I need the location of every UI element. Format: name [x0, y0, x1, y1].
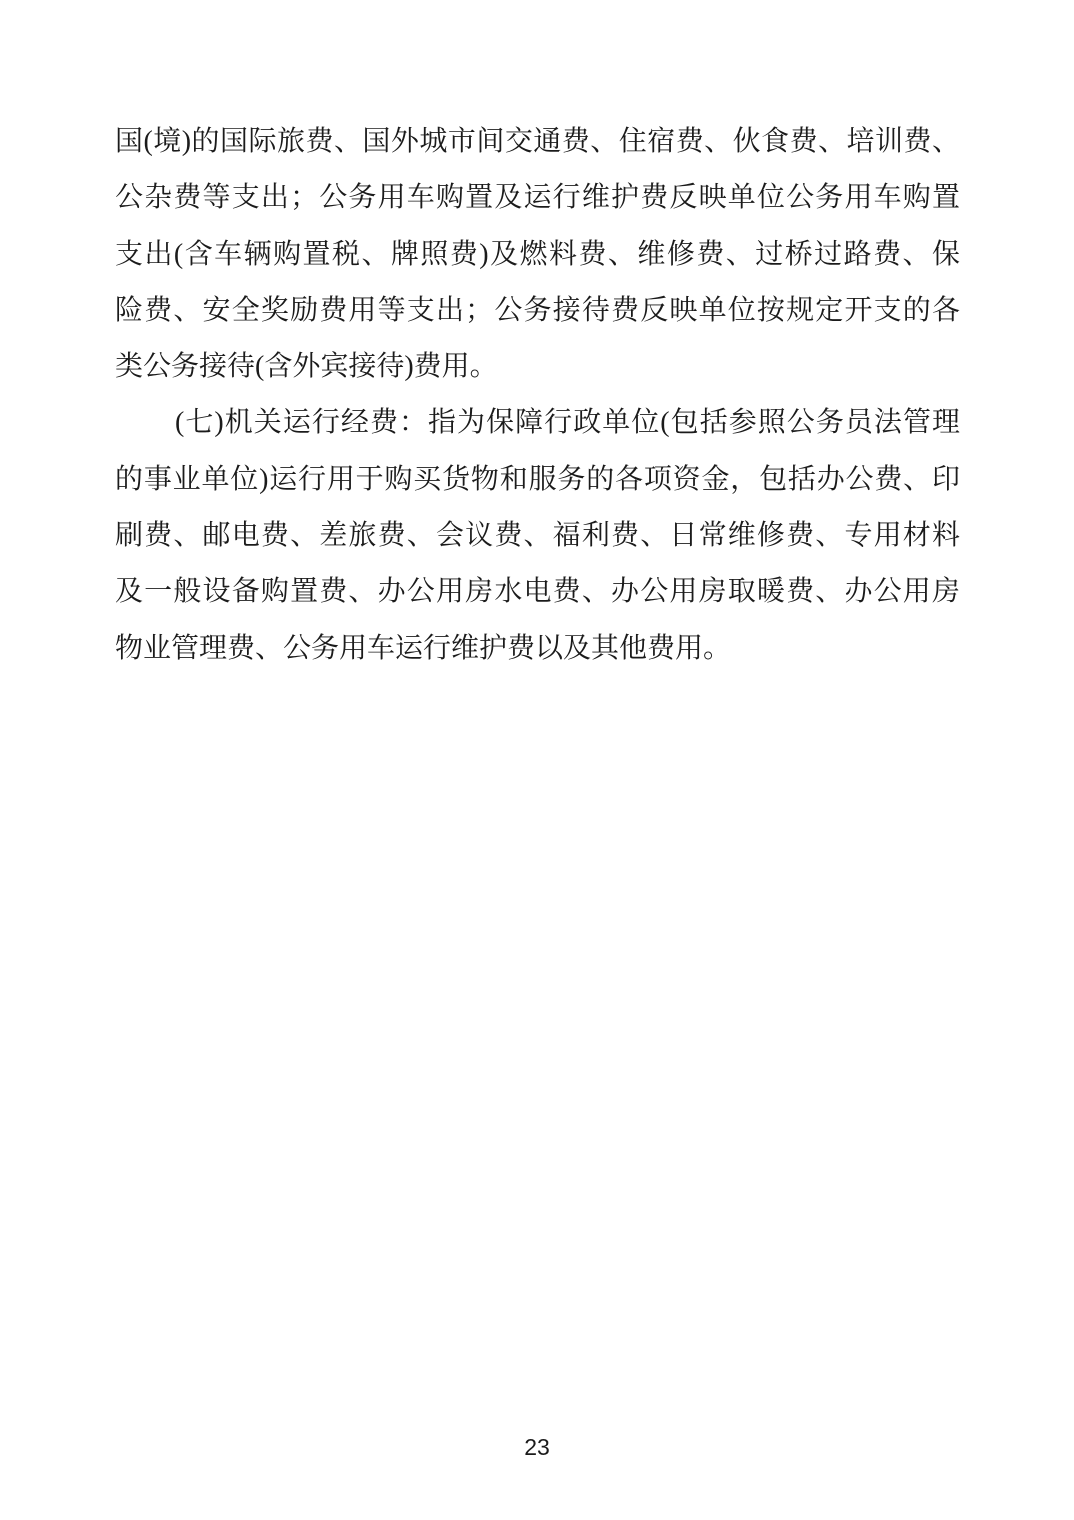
text-line: 险费、安全奖励费用等支出；公务接待费反映单位按规定开支的各 — [115, 283, 960, 339]
text-line: 刷费、邮电费、差旅费、会议费、福利费、日常维修费、专用材料 — [115, 508, 960, 564]
text-line: (七)机关运行经费：指为保障行政单位(包括参照公务员法管理 — [115, 395, 960, 451]
paragraph-continuation: 国(境)的国际旅费、国外城市间交通费、住宿费、伙食费、培训费、 公杂费等支出；公… — [115, 114, 960, 395]
document-body: 国(境)的国际旅费、国外城市间交通费、住宿费、伙食费、培训费、 公杂费等支出；公… — [115, 114, 960, 677]
paragraph-seven: (七)机关运行经费：指为保障行政单位(包括参照公务员法管理 的事业单位)运行用于… — [115, 395, 960, 676]
text-line: 公杂费等支出；公务用车购置及运行维护费反映单位公务用车购置 — [115, 170, 960, 226]
document-page: 国(境)的国际旅费、国外城市间交通费、住宿费、伙食费、培训费、 公杂费等支出；公… — [0, 0, 1074, 1520]
text-line: 及一般设备购置费、办公用房水电费、办公用房取暖费、办公用房 — [115, 564, 960, 620]
text-line: 国(境)的国际旅费、国外城市间交通费、住宿费、伙食费、培训费、 — [115, 114, 960, 170]
text-line: 物业管理费、公务用车运行维护费以及其他费用。 — [115, 621, 960, 677]
text-line: 类公务接待(含外宾接待)费用。 — [115, 339, 960, 395]
page-number: 23 — [0, 1434, 1074, 1461]
text-line: 支出(含车辆购置税、牌照费)及燃料费、维修费、过桥过路费、保 — [115, 227, 960, 283]
text-line: 的事业单位)运行用于购买货物和服务的各项资金，包括办公费、印 — [115, 452, 960, 508]
